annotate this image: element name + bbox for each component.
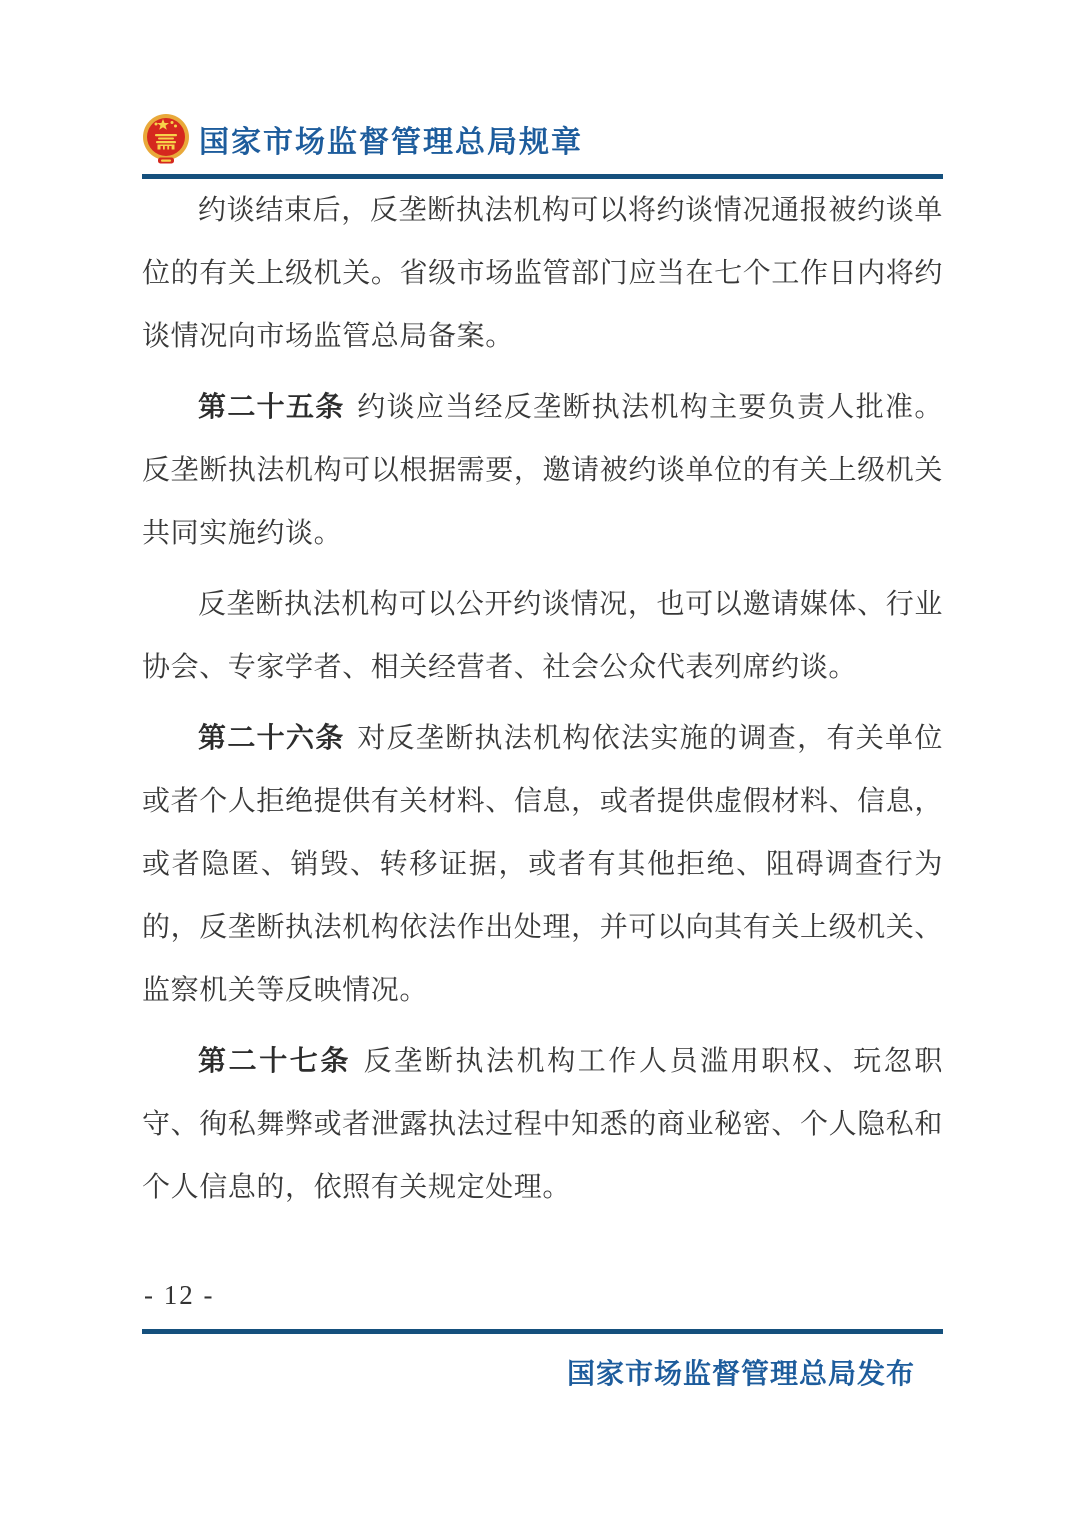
publisher-line: 国家市场监督管理总局发布 — [142, 1352, 915, 1392]
document-page: 国家市场监督管理总局规章 约谈结束后，反垄断执法机构可以将约谈情况通报被约谈单位… — [0, 0, 1074, 1520]
paragraph: 约谈结束后，反垄断执法机构可以将约谈情况通报被约谈单位的有关上级机关。省级市场监… — [142, 179, 943, 368]
article-number: 第二十六条 — [198, 723, 345, 754]
page-header: 国家市场监督管理总局规章 — [142, 114, 943, 179]
footer-rule — [142, 1329, 943, 1334]
paragraph-text: 反垄断执法机构可以公开约谈情况，也可以邀请媒体、行业协会、专家学者、相关经营者、… — [142, 589, 943, 683]
document-body: 约谈结束后，反垄断执法机构可以将约谈情况通报被约谈单位的有关上级机关。省级市场监… — [142, 179, 943, 1227]
page-title: 国家市场监督管理总局规章 — [199, 117, 583, 161]
article-number: 第二十五条 — [198, 392, 345, 423]
paragraph-text: 对反垄断执法机构依法实施的调查，有关单位或者个人拒绝提供有关材料、信息，或者提供… — [142, 723, 943, 1006]
paragraph: 反垄断执法机构可以公开约谈情况，也可以邀请媒体、行业协会、专家学者、相关经营者、… — [142, 573, 943, 699]
china-national-emblem-icon — [142, 113, 190, 165]
paragraph: 第二十五条约谈应当经反垄断执法机构主要负责人批准。反垄断执法机构可以根据需要，邀… — [142, 376, 943, 565]
page-number: - 12 - — [144, 1280, 214, 1311]
paragraph: 第二十七条反垄断执法机构工作人员滥用职权、玩忽职守、徇私舞弊或者泄露执法过程中知… — [142, 1030, 943, 1219]
paragraph: 第二十六条对反垄断执法机构依法实施的调查，有关单位或者个人拒绝提供有关材料、信息… — [142, 707, 943, 1022]
article-number: 第二十七条 — [198, 1046, 351, 1077]
paragraph-text: 约谈结束后，反垄断执法机构可以将约谈情况通报被约谈单位的有关上级机关。省级市场监… — [142, 195, 943, 352]
